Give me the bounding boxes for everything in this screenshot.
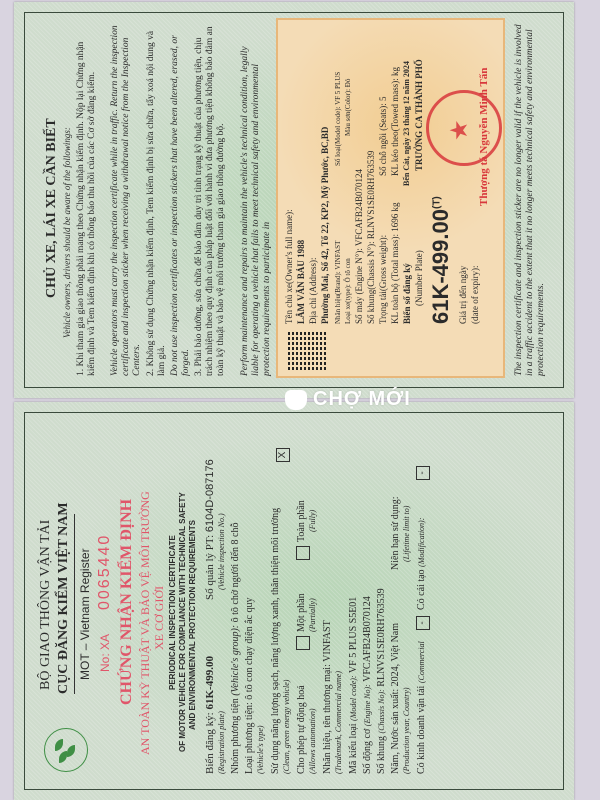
ministry-name: BỘ GIAO THÔNG VẬN TẢI — [38, 520, 54, 690]
notice-subtitle: Vehicle owners, drivers should be aware … — [62, 127, 72, 338]
sticker-expiry-label: Giá trị đến ngày — [458, 266, 468, 324]
management-number-en: (Vehicle inspection No.) — [217, 513, 226, 590]
agency-name: CỤC ĐĂNG KIỂM VIỆT NAM — [56, 502, 72, 694]
vehicle-type-en: (Vehicle's type) — [256, 725, 265, 774]
sticker-type: Loại xe(type): Ô tô con — [344, 258, 352, 324]
vehicle-group-field: Nhóm phương tiện (Vehicle's group): ô tô… — [230, 523, 241, 775]
model-code-field: Mã kiểu loại (Model code): VF 5 PLUS S5E… — [348, 597, 359, 774]
plate-field-en: (Registration plate) — [217, 711, 226, 774]
qr-code-icon — [288, 332, 326, 370]
address-label: Địa chỉ (Address): — [308, 258, 318, 324]
sticker-plate: 61K-499.00(T) — [428, 196, 454, 324]
notice-item-1: 1. Khi tham gia giao thông phải mang the… — [76, 24, 98, 376]
sticker-expiry-en: (date of expiry): — [470, 266, 480, 324]
sticker-gross-weight: Trọng tải(Gross weight): — [378, 235, 388, 324]
watermark: CHỢ MỚI — [285, 388, 411, 411]
chassis-number-field: Số khung (Chassis No): RLNVS1SE0RH763539 — [376, 588, 387, 774]
automation-partial-label: Một phần — [296, 593, 307, 632]
notice-item-2: 2. Không sử dụng Chứng nhận kiểm định, T… — [146, 24, 168, 376]
automation-partial-en: (Partially) — [308, 598, 317, 632]
green-energy-en: (Clean, green energy vehicle) — [282, 680, 291, 774]
lifetime-label: Niên hạn sử dụng: — [390, 497, 401, 570]
automation-label: Cho phép tự động hoá — [296, 685, 307, 774]
sticker-total-mass: KL toàn bộ (Total mass): 1696 kg — [390, 202, 400, 324]
inspection-sticker: Tên chủ xe(Owner's full name): LÂM VĂN B… — [276, 18, 505, 378]
production-en: (Production year, Country) — [402, 687, 411, 774]
watermark-logo-icon — [285, 390, 307, 410]
automation-full-en: (Fully) — [308, 510, 317, 532]
notice-item-3-en: Perform maintenance and repairs to maint… — [240, 24, 273, 376]
sticker-brand: Nhãn hiệu(Brand): VINFAST — [334, 241, 342, 324]
sticker-plate-label: Biển số đăng ký — [402, 263, 412, 324]
notice-item-3: 3. Phải bảo dưỡng, sửa chữa để bảo đảm d… — [194, 24, 227, 376]
commercial-checkbox: - — [416, 616, 430, 630]
sticker-color: Màu sơn(Color): Đỏ — [344, 79, 352, 136]
sticker-seats: Số chỗ ngồi (Seats): 5 — [378, 97, 388, 177]
management-number-field: Số quản lý PT: 6104D-087176 — [204, 459, 216, 600]
watermark-text: CHỢ MỚI — [313, 388, 411, 410]
green-energy-checkbox: X — [276, 448, 290, 462]
notice-item-2-en: Do not use inspection certificates or in… — [170, 24, 192, 376]
official-seal-icon — [426, 90, 502, 166]
divider — [74, 514, 75, 694]
sticker-chassis: Số khung(Chassis N°): RLNVS1SE0RH763539 — [366, 151, 376, 324]
agency-name-en: MOT – Vietnam Register — [78, 548, 92, 680]
notice-footer: The inspection certificate and inspectio… — [514, 24, 547, 376]
agency-logo-icon — [44, 728, 88, 772]
sticker-model-code: Số loại(Model code): VF 5 PLUS — [334, 72, 342, 166]
production-field: Năm, Nước sản xuất: 2024, Việt Nam — [390, 623, 401, 774]
green-energy-label: Sử dụng năng lượng sạch, năng lượng xanh… — [270, 508, 281, 774]
engine-number-field: Số động cơ (Engine No): VFCAFB24B070124 — [362, 596, 373, 774]
sticker-plate-label-en: (Number Plate) — [414, 250, 424, 306]
certificate-page: BỘ GIAO THÔNG VẬN TẢI CỤC ĐĂNG KIỂM VIỆT… — [14, 402, 574, 800]
owner-name: LÂM VĂN BẢU 1988 — [296, 240, 306, 324]
serial-number: 0065440 — [96, 534, 114, 610]
sticker-towed-mass: KL kéo theo(Towed mass): kg — [390, 67, 400, 176]
sticker-authority: TRƯỞNG CA THÀNH PHỐ — [414, 59, 424, 171]
vehicle-type-field: Loại phương tiện: ô tô con chạy điện ắc … — [244, 598, 255, 775]
notice-item-1-en: Vehicle operators must carry the inspect… — [110, 24, 143, 376]
commercial-field: Có kinh doanh vận tải (Commercial — [416, 641, 427, 774]
certificate-title-en-2: OF MOTOR VEHICLE FOR COMPLIANCE WITH TEC… — [178, 492, 187, 752]
owner-label: Tên chủ xe(Owner's full name): — [284, 209, 294, 324]
automation-full-checkbox — [296, 546, 310, 560]
lifetime-en: (Lifetime limit to) — [402, 506, 411, 562]
brand-field: Nhãn hiệu, tên thương mại: VINFAST — [322, 620, 333, 774]
signer-name: Thượng tá Nguyễn Minh Tấn — [478, 68, 490, 206]
certificate-title: CHỨNG NHẬN KIỂM ĐỊNH — [118, 499, 136, 705]
automation-partial-checkbox — [296, 636, 310, 650]
certificate-title-en-3: AND ENVIRONMENTAL PROTECTION REQUIREMENT… — [188, 520, 197, 730]
automation-en: (Allows automation) — [308, 708, 317, 774]
notice-page: CHỦ XE, LÁI XE CẦN BIẾT Vehicle owners, … — [14, 2, 574, 398]
address-value: Phường Mai, Số 42, Tổ 22, KP2, Mỹ Phước,… — [320, 127, 330, 324]
certificate-subtitle-2: XE CƠ GIỚI — [152, 586, 167, 650]
certificate-subtitle: AN TOÀN KỸ THUẬT VÀ BẢO VỆ MÔI TRƯỜNG — [138, 491, 153, 755]
automation-full-label: Toàn phần — [296, 500, 307, 542]
plate-field: Biển đăng ký: 61K-499.00 — [204, 656, 216, 774]
certificate-title-en-1: PERIODICAL INSPECTION CERTIFICATE — [168, 535, 177, 690]
modification-checkbox: - — [416, 466, 430, 480]
modification-field: Có cải tạo (Modification): — [416, 518, 427, 610]
serial-label: No: XA — [98, 634, 112, 672]
brand-en: (Trademark, Commercial name) — [334, 671, 343, 774]
sticker-issue-date: Bến Cát, ngày 23 tháng 12 năm 2024 — [402, 61, 411, 186]
sticker-engine: Số máy (Engine N°): VFCAFB24B070124 — [354, 169, 364, 324]
notice-title: CHỦ XE, LÁI XE CẦN BIẾT — [44, 118, 60, 298]
